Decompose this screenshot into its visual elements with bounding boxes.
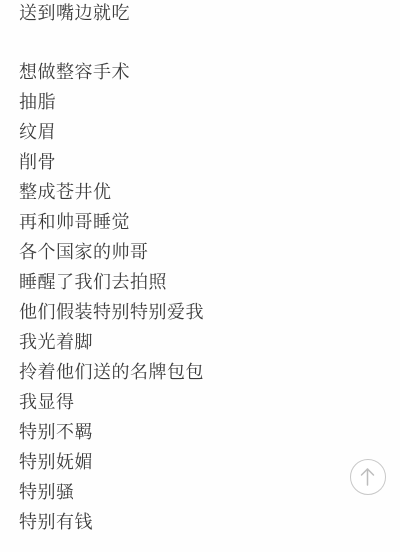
text-line: 抽脂 xyxy=(19,88,204,118)
text-line: 送到嘴边就吃 xyxy=(19,0,204,28)
text-line: 各个国家的帅哥 xyxy=(19,238,204,268)
text-line: 特别妩媚 xyxy=(19,448,204,478)
text-line: 拎着他们送的名牌包包 xyxy=(19,358,204,388)
text-line: 特别骚 xyxy=(19,478,204,508)
blank-line xyxy=(19,28,204,58)
text-line: 特别有钱 xyxy=(19,508,204,538)
text-line: 特别不羁 xyxy=(19,418,204,448)
scroll-to-top-button[interactable] xyxy=(350,459,386,495)
arrow-up-icon xyxy=(351,460,384,493)
text-line: 睡醒了我们去拍照 xyxy=(19,268,204,298)
text-line: 整成苍井优 xyxy=(19,178,204,208)
text-line: 他们假装特别特别爱我 xyxy=(19,298,204,328)
text-line: 我显得 xyxy=(19,388,204,418)
page: 送到嘴边就吃 想做整容手术 抽脂 纹眉 削骨 整成苍井优 再和帅哥睡觉 各个国家… xyxy=(0,0,400,552)
text-line: 削骨 xyxy=(19,148,204,178)
text-line: 我光着脚 xyxy=(19,328,204,358)
text-line: 再和帅哥睡觉 xyxy=(19,208,204,238)
article-text: 送到嘴边就吃 想做整容手术 抽脂 纹眉 削骨 整成苍井优 再和帅哥睡觉 各个国家… xyxy=(19,0,204,538)
text-line: 纹眉 xyxy=(19,118,204,148)
text-line: 想做整容手术 xyxy=(19,58,204,88)
